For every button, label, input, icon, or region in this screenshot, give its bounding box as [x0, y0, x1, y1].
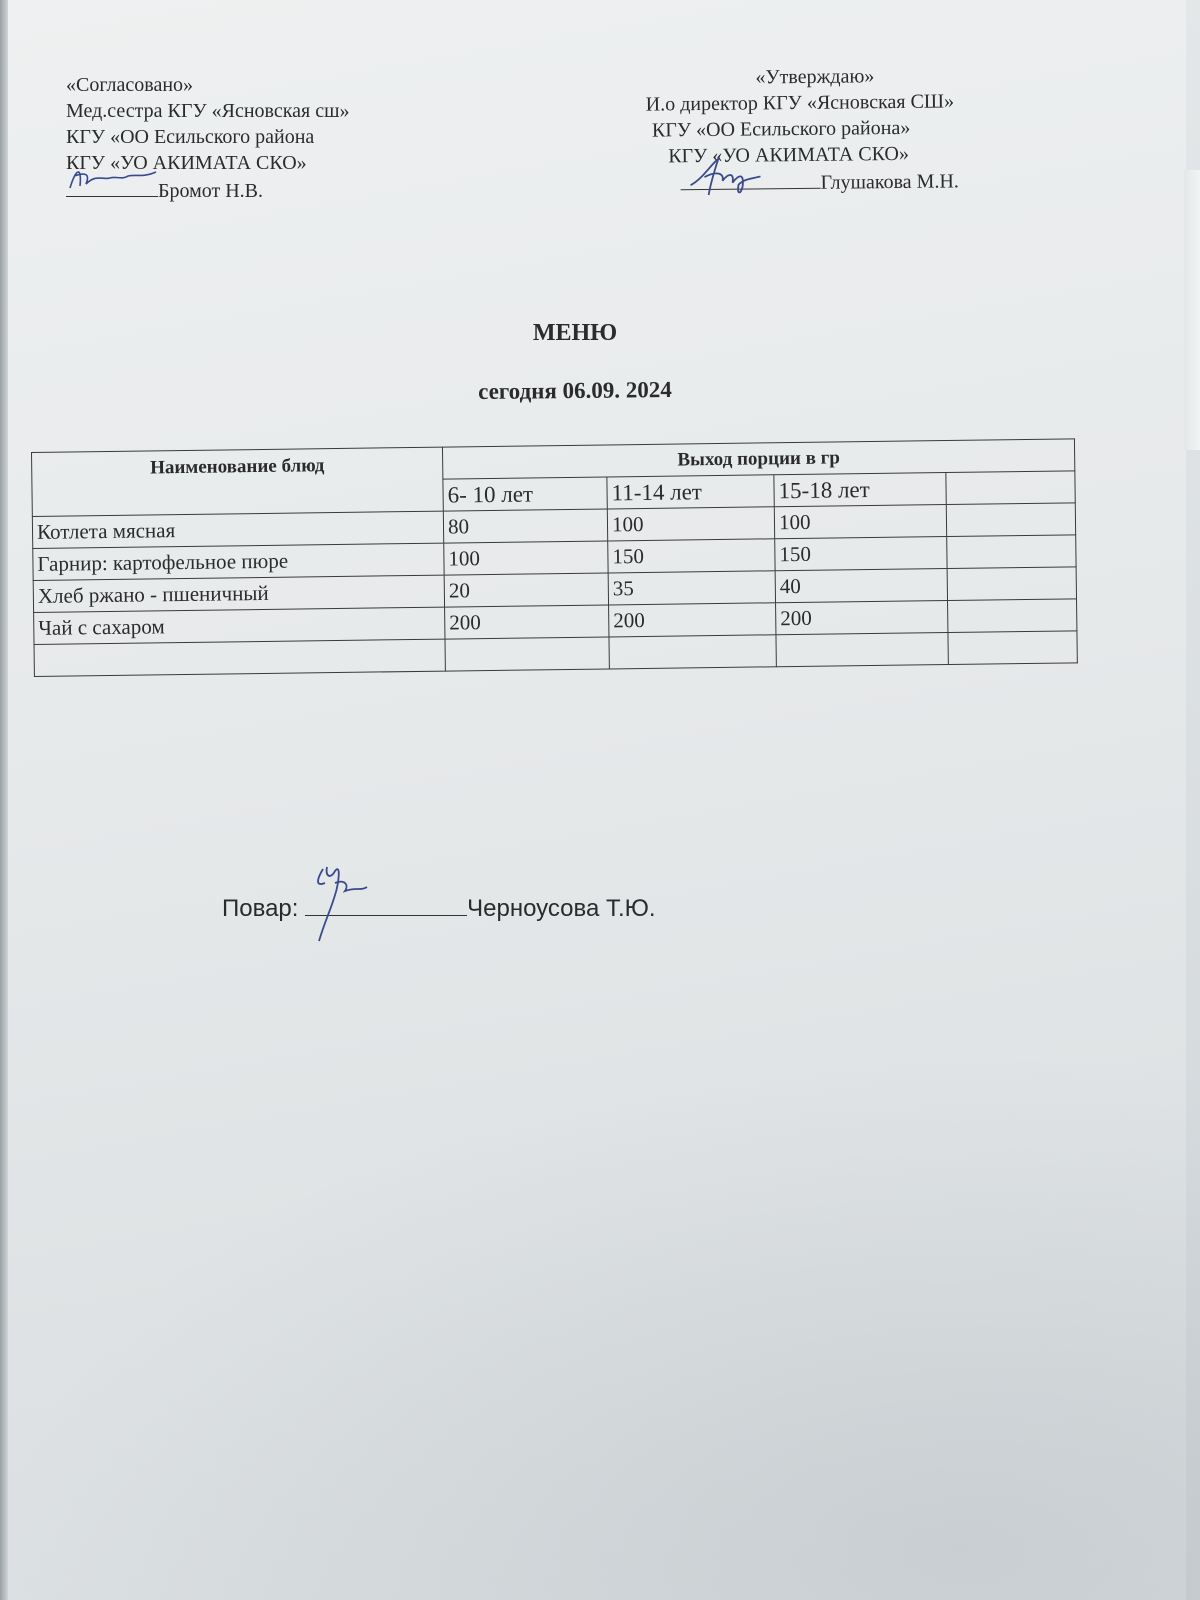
dish-name: Котлета мясная [32, 511, 443, 548]
signature-line [305, 893, 467, 916]
menu-table: Наименование блюд Выход порции в гр 6- 1… [31, 438, 1078, 677]
age-group-header: 15-18 лет [774, 473, 946, 507]
dish-name: Чай с сахаром [34, 607, 445, 644]
approval-right-signature-row: Глушакова М.Н. [646, 166, 959, 197]
portion-value: 40 [775, 569, 947, 603]
portion-value: 200 [776, 601, 948, 635]
portion-value: 200 [609, 603, 776, 637]
dish-name: Хлеб ржано - пшеничный [33, 575, 444, 612]
approval-left-signature-row: Бромот Н.В. [66, 176, 350, 204]
age-group-header: 11-14 лет [607, 475, 774, 509]
portion-value [776, 633, 948, 667]
portion-value: 100 [607, 507, 774, 541]
portion-value: 100 [444, 541, 608, 575]
portion-value [948, 599, 1077, 633]
approval-left-block: «Согласовано» Мед.сестра КГУ «Ясновская … [66, 72, 350, 204]
signature-icon [66, 162, 162, 198]
approval-right-line: И.о директор КГУ «Ясновская СШ» [646, 88, 959, 117]
approval-right-line: КГУ «ОО Есильского района» [646, 114, 959, 143]
signature-line [66, 176, 158, 197]
cook-signature-row: Повар: Черноусова Т.Ю. [222, 893, 656, 923]
portion-value: 80 [443, 509, 607, 543]
approval-right-block: «Утверждаю» И.о директор КГУ «Ясновская … [645, 62, 959, 197]
age-group-header: 6- 10 лет [443, 477, 607, 511]
approval-left-signer: Бромот Н.В. [158, 180, 263, 202]
approval-right-signer: Глушакова М.Н. [820, 170, 959, 193]
portion-value: 20 [444, 573, 608, 607]
signature-line [680, 168, 820, 190]
portion-value [947, 535, 1076, 569]
dish-name: Гарнир: картофельное пюре [33, 543, 444, 580]
paper-edge [0, 0, 8, 1600]
signature-icon [305, 865, 395, 945]
portion-value: 150 [608, 539, 775, 573]
portion-value [947, 567, 1076, 601]
signature-icon [680, 154, 790, 199]
portion-value: 150 [775, 537, 947, 571]
document-sheet [6, 0, 1186, 1600]
approval-left-line: КГУ «ОО Есильского района [66, 124, 350, 150]
portion-value [609, 635, 776, 669]
column-header-dish: Наименование блюд [32, 447, 444, 516]
cook-name: Черноусова Т.Ю. [467, 895, 655, 922]
portion-value: 200 [445, 605, 609, 639]
portion-value [445, 637, 609, 671]
dish-name [34, 639, 445, 676]
approval-left-heading: «Согласовано» [66, 72, 350, 98]
portion-value [948, 631, 1077, 665]
approval-right-heading: «Утверждаю» [645, 62, 958, 91]
portion-value [946, 503, 1075, 537]
page-title: МЕНЮ [0, 320, 1150, 347]
portion-value: 100 [774, 505, 946, 539]
background-paper [1184, 170, 1200, 450]
portion-value: 35 [608, 571, 775, 605]
approval-left-line: Мед.сестра КГУ «Ясновская сш» [66, 98, 350, 124]
age-group-header [946, 471, 1075, 505]
cook-label: Повар: [222, 895, 298, 922]
